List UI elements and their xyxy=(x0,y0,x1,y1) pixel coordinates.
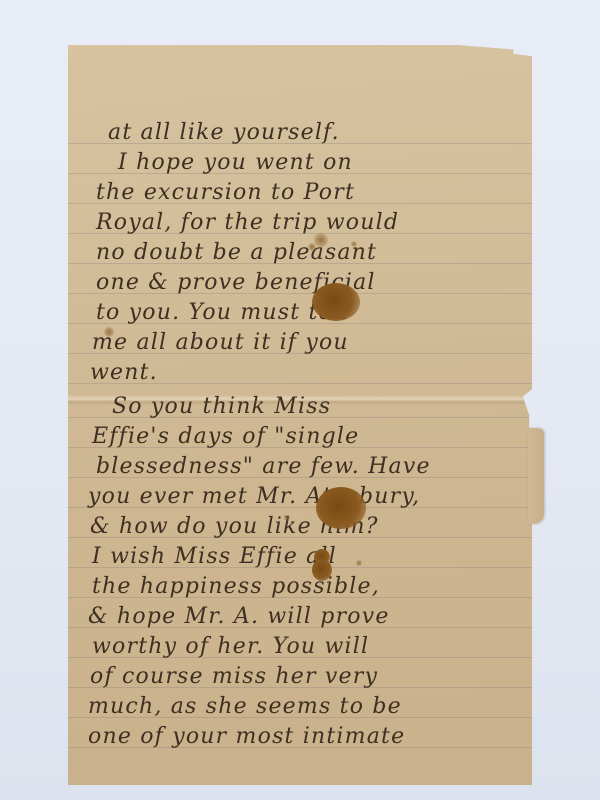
handwritten-line: one & prove beneficial xyxy=(68,267,532,298)
handwritten-line: Royal, for the trip would xyxy=(68,207,532,238)
handwritten-line: of course miss her very xyxy=(68,661,532,692)
handwritten-line: So you think Miss xyxy=(68,391,532,422)
ink-spot xyxy=(356,560,362,566)
ink-spot xyxy=(104,327,114,337)
handwritten-line: much, as she seems to be xyxy=(68,691,532,722)
liquid-stain xyxy=(312,283,360,321)
handwritten-line: at all like yourself. xyxy=(68,117,532,148)
handwritten-line: the happiness possible, xyxy=(68,571,532,602)
handwritten-line: you ever met Mr. Atesbury, xyxy=(68,481,532,512)
letter-page: at all like yourself. I hope you went on… xyxy=(68,45,532,785)
handwritten-line: & hope Mr. A. will prove xyxy=(68,601,532,632)
ink-spot xyxy=(351,241,357,247)
liquid-stain xyxy=(316,487,366,529)
handwritten-line: me all about it if you xyxy=(68,327,532,358)
handwritten-line: worthy of her. You will xyxy=(68,631,532,662)
handwritten-line: went. xyxy=(68,357,532,388)
handwritten-line: one of your most intimate xyxy=(68,721,532,752)
ink-spot xyxy=(314,233,328,247)
handwritten-line: & how do you like him? xyxy=(68,511,532,542)
handwritten-line: to you. You must tell xyxy=(68,297,532,328)
handwritten-line: I wish Miss Effie all xyxy=(68,541,532,572)
handwritten-line: the excursion to Port xyxy=(68,177,532,208)
handwritten-line: Effie's days of "single xyxy=(68,421,532,452)
handwritten-line: I hope you went on xyxy=(68,147,532,178)
ink-spot xyxy=(308,243,316,251)
handwritten-line: no doubt be a pleasant xyxy=(68,237,532,268)
ink-spot xyxy=(284,515,290,521)
paper-tab-flap xyxy=(528,428,544,524)
liquid-stain xyxy=(312,559,332,581)
handwritten-line: blessedness" are few. Have xyxy=(68,451,532,482)
